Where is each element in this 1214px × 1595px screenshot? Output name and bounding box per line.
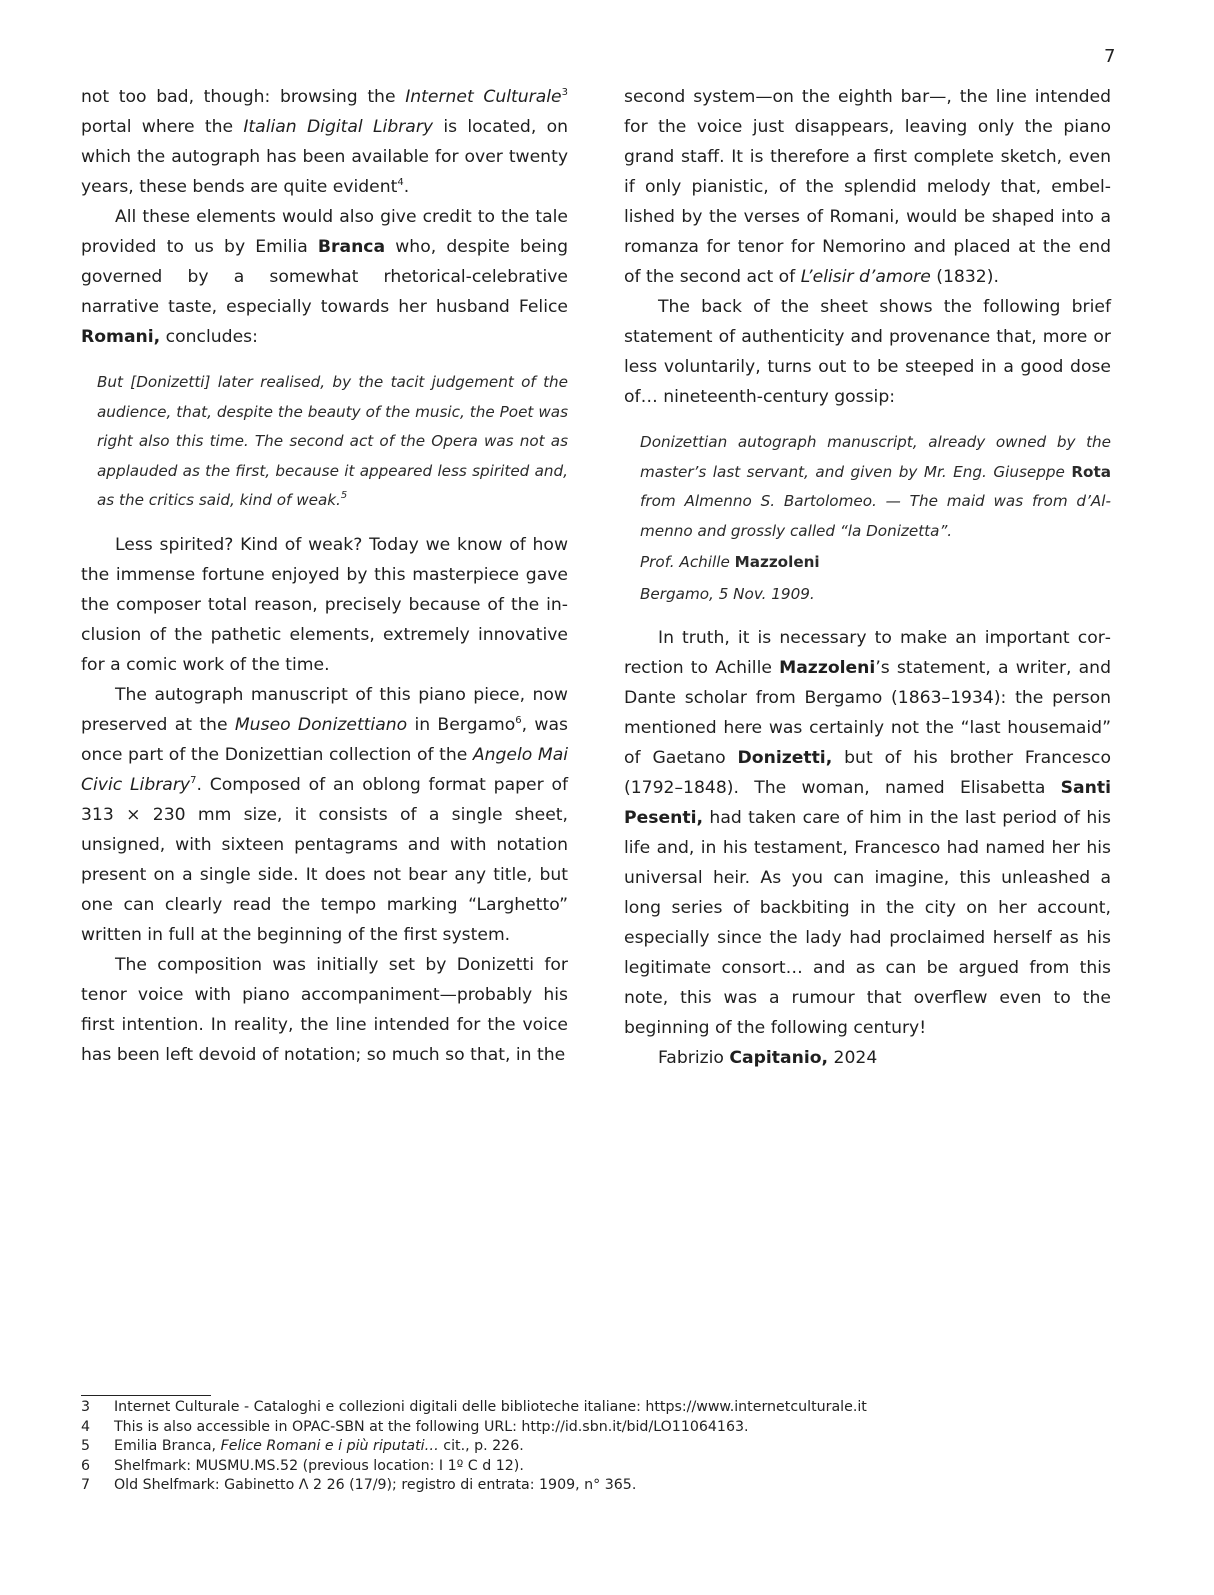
footnote-text: Emilia Branca, Felice Romani e i più rip… [114,1437,524,1457]
footnote: 6Shelfmark: MUSMU.MS.52 (previous locati… [81,1457,1141,1477]
left-column: not too bad, though: browsing the Intern… [81,82,568,1070]
page-number: 7 [1104,46,1115,67]
paragraph: The back of the sheet shows the followin… [624,292,1111,412]
text: cit., p. 226. [439,1438,524,1454]
footnote-number: 3 [81,1398,114,1418]
text: Fabrizio [658,1048,729,1068]
bold-name: Mazzoleni [779,658,875,678]
paragraph: Less spirited? Kind of weak? Today we kn… [81,530,568,680]
footnote-divider [81,1395,211,1396]
footnote: 3Internet Culturale - Cataloghi e collez… [81,1398,1141,1418]
author-signature: Fabrizio Capitanio, 2024 [624,1043,1111,1073]
text: from Almenno S. Bartolomeo. — The maid w… [640,492,1111,540]
bold-name: Romani, [81,327,160,347]
text: second system—on the eighth bar—, the li… [624,87,1111,287]
footnote-text[interactable]: Internet Culturale - Cataloghi e collezi… [114,1398,867,1418]
footnote-text: Old Shelfmark: Gabinetto Λ 2 26 (17/9); … [114,1476,636,1496]
paragraph: All these elements would also give credi… [81,202,568,352]
footnote-ref[interactable]: 5 [341,490,347,501]
paragraph: In truth, it is necessary to make an imp… [624,623,1111,1043]
text: Emilia Branca, [114,1438,221,1454]
footnote: 7Old Shelfmark: Gabinetto Λ 2 26 (17/9);… [81,1476,1141,1496]
footnote-number: 5 [81,1437,114,1457]
italic-text: Museo Donizettiano [235,715,407,735]
text: portal where the [81,117,243,137]
quote-signature: Prof. Achille Mazzoleni [640,548,1111,578]
text: in Bergamo [407,715,515,735]
bold-name: Branca [318,237,385,257]
right-column: second system—on the eighth bar—, the li… [624,82,1111,1073]
paragraph: The composition was initially set by Don… [81,950,568,1070]
text: concludes: [160,327,258,347]
block-quote: Donizettian autograph manuscript, alread… [640,428,1111,609]
bold-name: Mazzoleni [735,553,820,571]
text: Donizettian autograph manuscript, alread… [640,433,1111,481]
quote-text: But [Donizetti] later realised, by the t… [97,368,568,516]
bold-name: Rota [1071,463,1111,481]
italic-text: Italian Digital Library [243,117,433,137]
footnote: 5Emilia Branca, Felice Romani e i più ri… [81,1437,1141,1457]
footnote-text[interactable]: This is also accessible in OPAC-SBN at t… [114,1418,749,1438]
text: had taken care of him in the last period… [624,808,1111,1038]
text: (1832). [931,267,999,287]
quote-text: Donizettian autograph manuscript, alread… [640,428,1111,546]
bold-name: Capitanio, [729,1048,828,1068]
block-quote: But [Donizetti] later realised, by the t… [97,368,568,516]
italic-text: L’elisir d’amore [801,267,931,287]
footnote-text: Shelfmark: MUSMU.MS.52 (previous locatio… [114,1457,524,1477]
paragraph: The autograph manuscript of this piano p… [81,680,568,950]
footnotes: 3Internet Culturale - Cataloghi e collez… [81,1395,1141,1496]
text: . [404,177,409,197]
bold-name: Donizetti, [738,748,833,768]
footnote-ref[interactable]: 3 [562,87,568,98]
footnote-number: 4 [81,1418,114,1438]
paragraph: second system—on the eighth bar—, the li… [624,82,1111,292]
text: 2024 [828,1048,877,1068]
paragraph: not too bad, though: browsing the Intern… [81,82,568,202]
footnote-number: 6 [81,1457,114,1477]
text: Prof. Achille [640,553,735,571]
text: . Composed of an oblong format paper of … [81,775,568,945]
text: not too bad, though: browsing the [81,87,405,107]
quote-place-date: Bergamo, 5 Nov. 1909. [640,580,1111,610]
footnote-number: 7 [81,1476,114,1496]
text: But [Donizetti] later realised, by the t… [97,373,568,509]
italic-text: Internet Culturale [405,87,561,107]
footnote: 4This is also accessible in OPAC-SBN at … [81,1418,1141,1438]
italic-text: Felice Romani e i più riputati… [221,1438,439,1454]
